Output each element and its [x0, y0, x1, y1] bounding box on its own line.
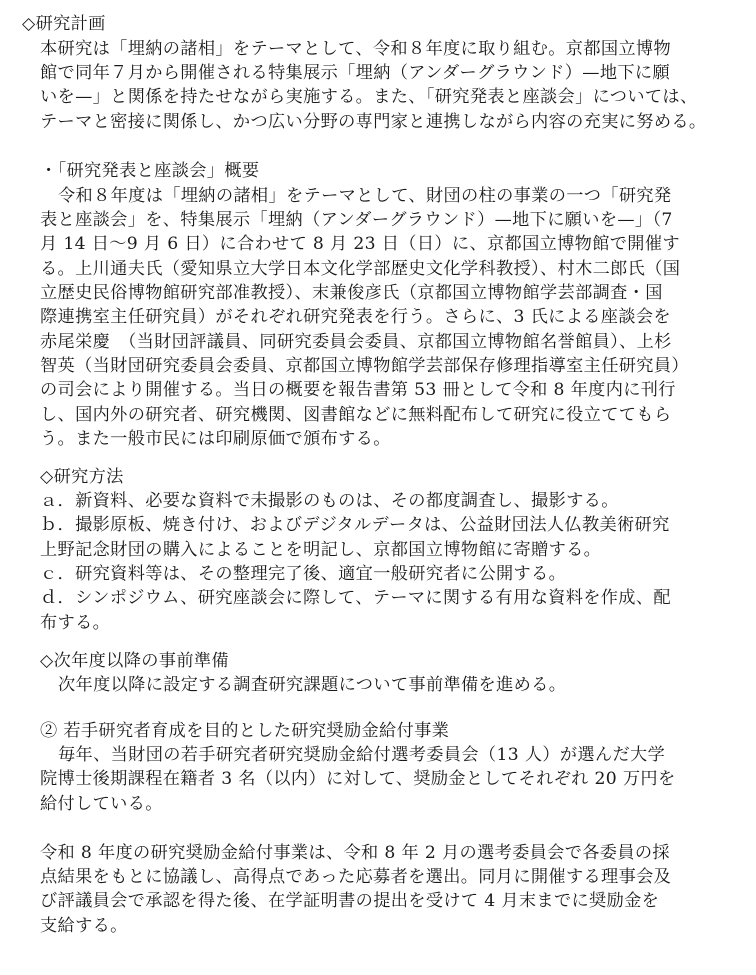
- list-item-b-cont: 上野記念財団の購入によることを明記し、京都国立博物館に寄贈する。: [40, 538, 601, 562]
- paragraph-line: 令和８年度は「埋納の諸相」をテーマとして、財団の柱の事業の一つ「研究発: [58, 184, 671, 208]
- paragraph-line: 赤尾栄慶 （当財団評議員、同研究委員会委員、京都国立博物館名誉館員）、上杉: [40, 330, 672, 354]
- section-heading-young-researcher-grant: ② 若手研究者育成を目的とした研究奨励金給付事業: [40, 719, 449, 743]
- paragraph-line: 次年度以降に設定する調査研究課題について事前準備を進める。: [58, 673, 566, 697]
- paragraph-line: テーマと密接に関係し、かつ広い分野の専門家と連携しながら内容の充実に努める。: [40, 110, 706, 134]
- paragraph-line: 本研究は「埋納の諸相」をテーマとして、令和８年度に取り組む。京都国立博物: [40, 37, 671, 61]
- paragraph-line: 表と座談会」を、特集展示「埋納（アンダーグラウンド）—地下に願いを—」（7: [40, 208, 673, 232]
- paragraph-line: し、国内外の研究者、研究機関、図書館などに無料配布して研究に役立ててもら: [40, 403, 671, 427]
- paragraph-line: の司会により開催する。当日の概要を報告書第 53 冊として令和 8 年度内に刊行: [40, 378, 676, 402]
- paragraph-line: 点結果をもとに協議し、高得点であった応募者を選出。同月に開催する理事会及: [40, 865, 671, 889]
- section-heading-research-plan: ◇研究計画: [22, 12, 106, 36]
- paragraph-line: 館で同年７月から開催される特集展示「埋納（アンダーグラウンド）—地下に願: [40, 61, 670, 85]
- paragraph-line: 支給する。: [40, 914, 128, 938]
- section-heading-research-method: ◇研究方法: [40, 465, 124, 489]
- section-heading-next-year-prep: ◇次年度以降の事前準備: [40, 649, 229, 673]
- paragraph-line: 令和 8 年度の研究奨励金給付事業は、令和 8 年 2 月の選考委員会で各委員の…: [40, 841, 670, 865]
- paragraph-line: う。また一般市民には印刷原価で頒布する。: [40, 427, 391, 451]
- paragraph-line: る。上川通夫氏（愛知県立大学日本文化学部歴史文化学科教授）、村木二郎氏（国: [40, 257, 680, 281]
- paragraph-line: 智英（当財団研究委員会委員、京都国立博物館学芸部保存修理指導室主任研究員）: [40, 354, 689, 378]
- list-item-d-cont: 布する。: [40, 611, 110, 635]
- paragraph-line: 際連携室主任研究員）がそれぞれ研究発表を行う。さらに、3 氏による座談会を: [40, 305, 671, 329]
- list-item-a: ａ．新資料、必要な資料で未撮影のものは、その都度調査し、撮影する。: [40, 489, 619, 513]
- paragraph-line: 月 14 日～9 月 6 日）に合わせて 8 月 23 日（日）に、京都国立博物…: [40, 232, 680, 256]
- paragraph-line: び評議員会で承認を得た後、在学証明書の提出を受けて 4 月末までに奨励金を: [40, 889, 659, 913]
- paragraph-line: 立歴史民俗博物館研究部准教授）、末兼俊彦氏（京都国立博物館学芸部調査・国: [40, 281, 663, 305]
- paragraph-line: いを—」と関係を持たせながら実施する。また、「研究発表と座談会」については、: [40, 85, 697, 109]
- paragraph-line: 給付している。: [40, 792, 163, 816]
- list-item-c: ｃ．研究資料等は、その整理完了後、適宜一般研究者に公開する。: [40, 562, 566, 586]
- section-heading-symposium-overview: ・「研究発表と座談会」概要: [40, 159, 259, 183]
- list-item-d: ｄ．シンポジウム、研究座談会に際して、テーマに関する有用な資料を作成、配: [40, 586, 671, 610]
- paragraph-line: 院博士後期課程在籍者 3 名（以内）に対して、奨励金としてそれぞれ 20 万円を: [40, 767, 676, 791]
- document-page: ◇研究計画 本研究は「埋納の諸相」をテーマとして、令和８年度に取り組む。京都国立…: [0, 0, 756, 975]
- paragraph-line: 毎年、当財団の若手研究者研究奨励金給付選考委員会（13 人）が選んだ大学: [58, 743, 665, 767]
- list-item-b: ｂ．撮影原板、焼き付け、およびデジタルデータは、公益財団法人仏教美術研究: [40, 513, 670, 537]
